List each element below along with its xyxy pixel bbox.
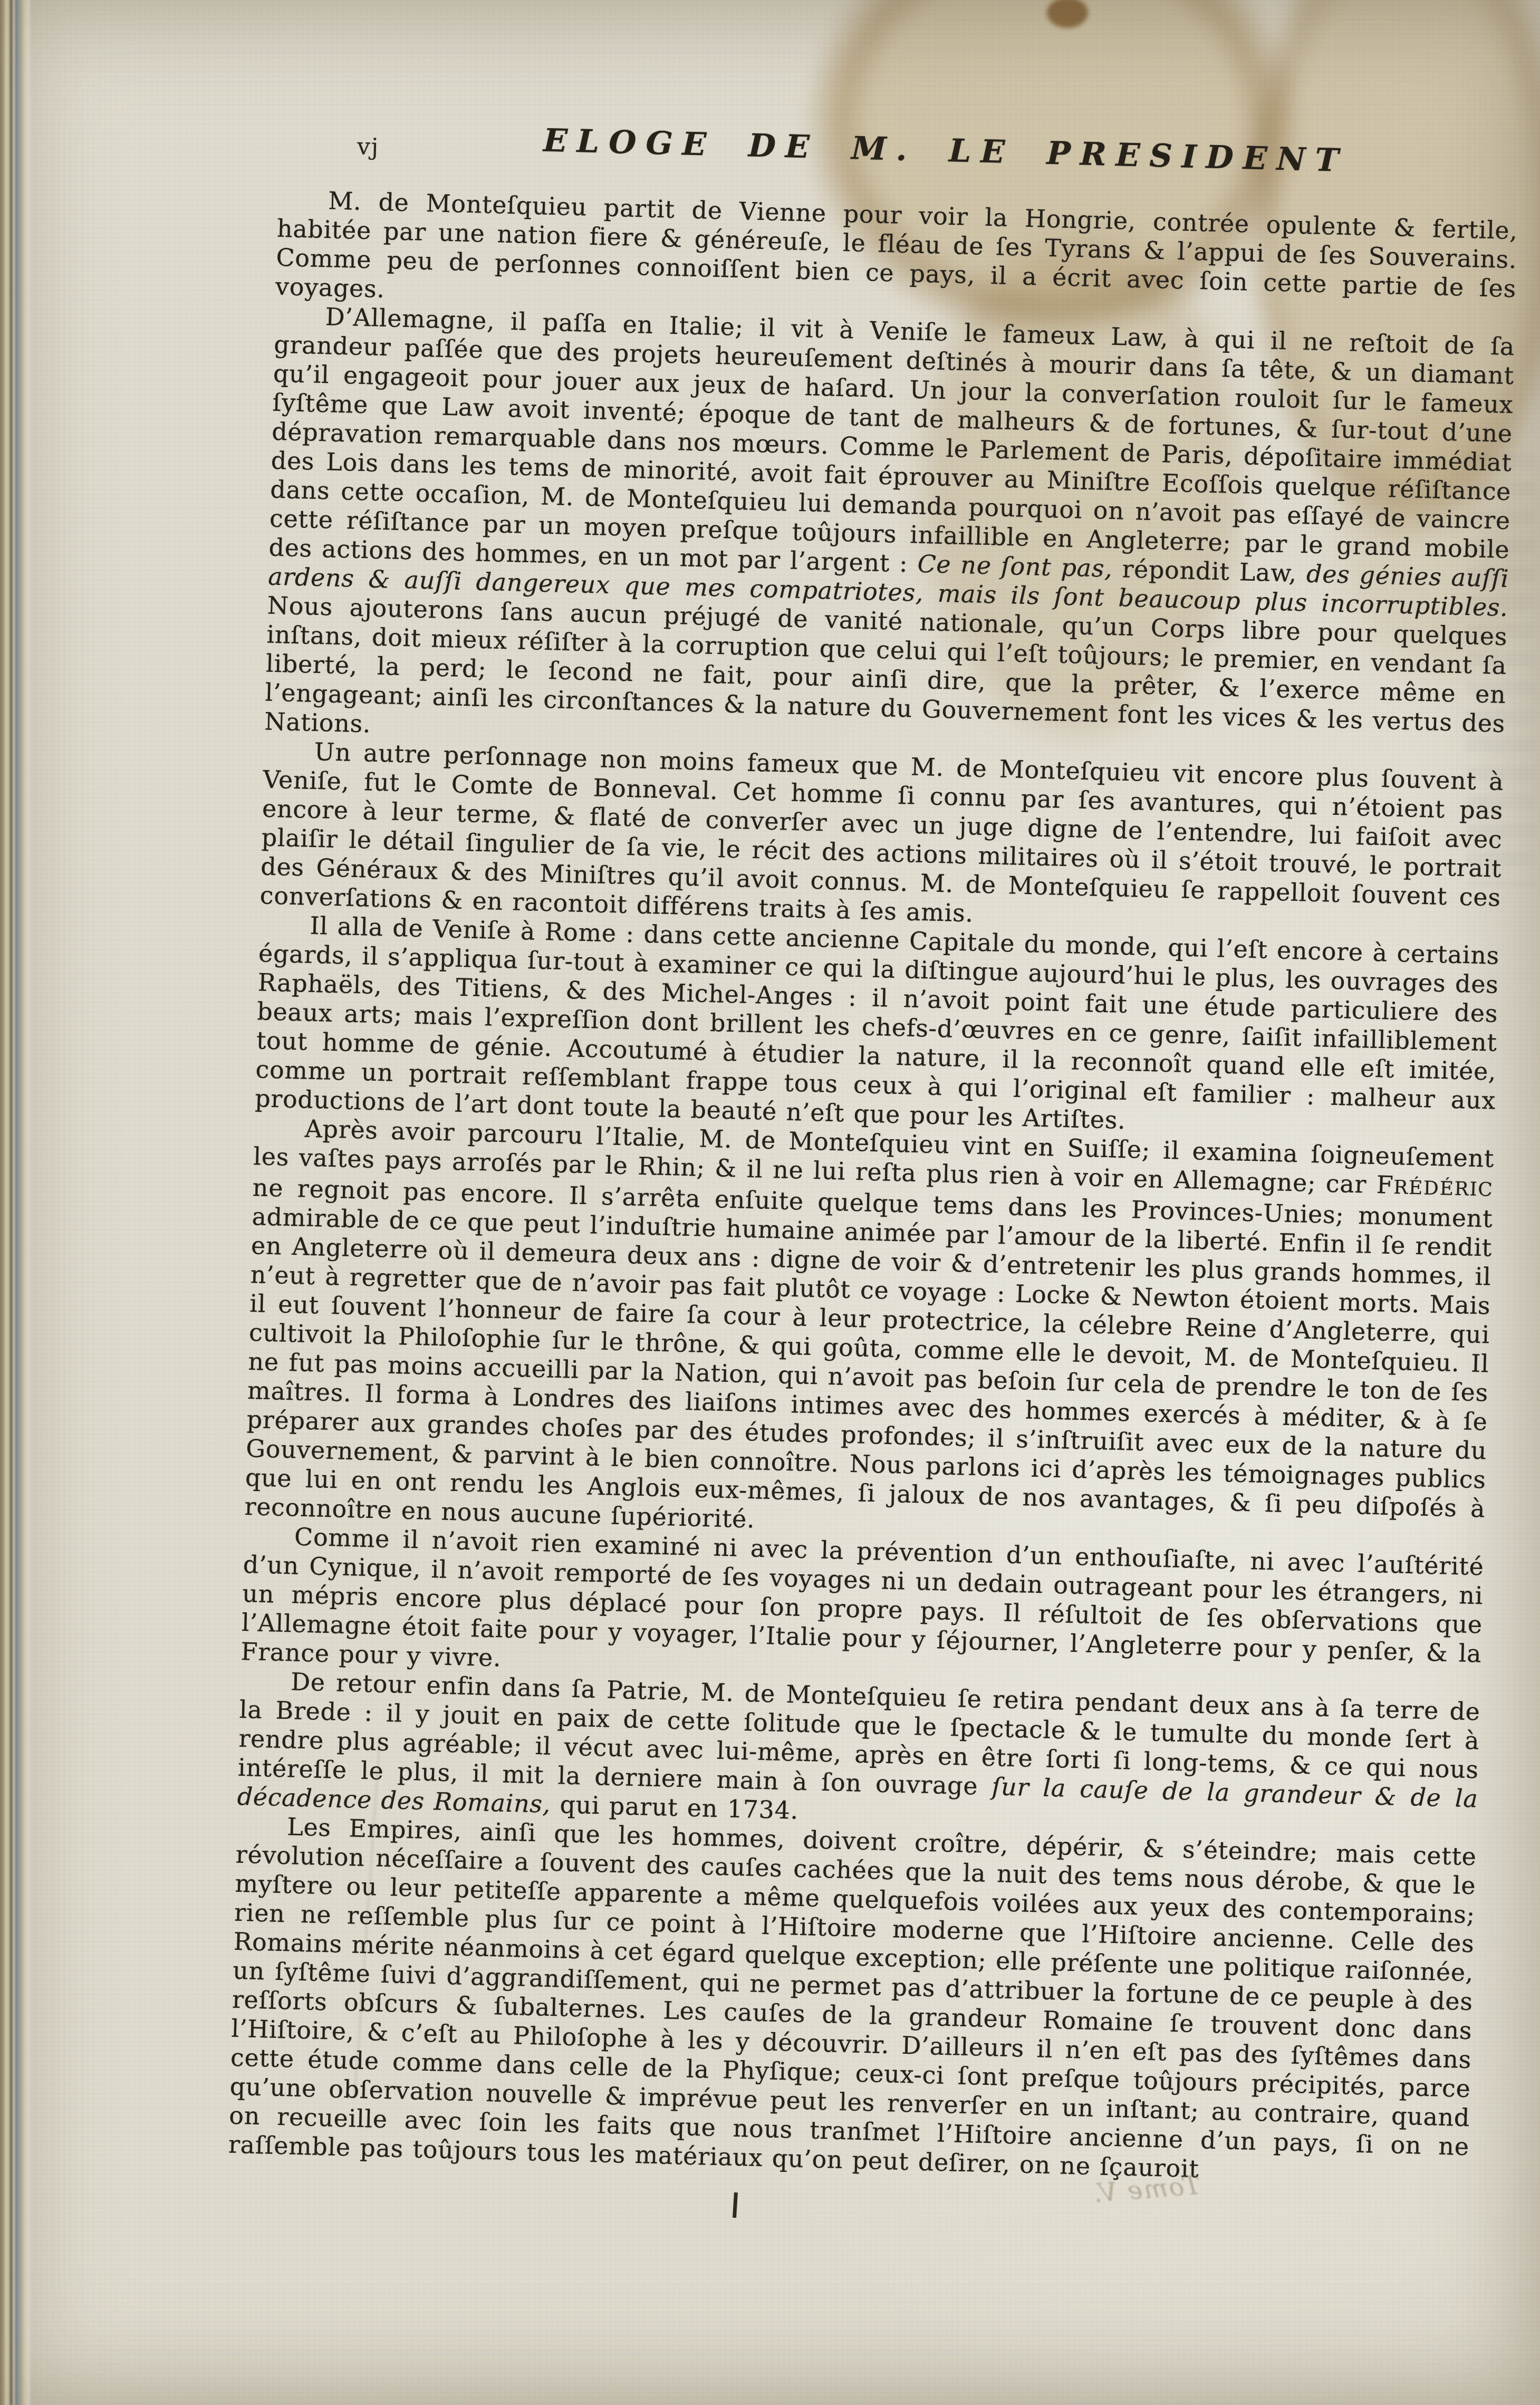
stray-ink-mark: [733, 2192, 738, 2218]
text-run: ne regnoit pas encore. Il s’arrêta enſui…: [244, 1173, 1493, 1533]
ink-stain-spot: [1047, 0, 1088, 28]
text-run: répondit Law,: [1122, 555, 1307, 588]
paragraph-2: D’Allemagne, il paſſa en Italie; il vit …: [264, 301, 1515, 767]
text-run: Il alla de Veniſe à Rome : dans cette an…: [255, 911, 1500, 1134]
text-run: D’Allemagne, il paſſa en Italie; il vit …: [268, 302, 1515, 578]
running-title: ELOGE DE M. LE PRESIDENT: [325, 117, 1540, 185]
text-run-small-caps: RÉDÉRIC: [1393, 1177, 1494, 1201]
text-run: Un autre perſonnage non moins fameux que…: [259, 737, 1504, 928]
body-text: M. de Monteſquieu partit de Vienne pour …: [228, 185, 1518, 2190]
binding-edge: [0, 0, 32, 2405]
text-run: Les Empires, ainſi que les hommes, doive…: [228, 1812, 1477, 2183]
text-run-italic: Ce ne ſont pas,: [917, 550, 1122, 583]
printed-text-layer: vj ELOGE DE M. LE PRESIDENT M. de Monteſ…: [228, 116, 1519, 2190]
paragraph-3: Un autre perſonnage non moins fameux que…: [259, 736, 1504, 941]
scanned-book-page: vj ELOGE DE M. LE PRESIDENT M. de Monteſ…: [0, 0, 1540, 2405]
paragraph-8: Les Empires, ainſi que les hommes, doive…: [228, 1811, 1477, 2190]
paragraph-5: Après avoir parcouru l’Italie, M. de Mon…: [244, 1113, 1495, 1552]
page-header: vj ELOGE DE M. LE PRESIDENT: [278, 116, 1520, 199]
paragraph-4: Il alla de Veniſe à Rome : dans cette an…: [255, 910, 1500, 1144]
text-run: F: [1376, 1170, 1394, 1199]
text-run: M. de Monteſquieu partit de Vienne pour …: [275, 186, 1518, 303]
